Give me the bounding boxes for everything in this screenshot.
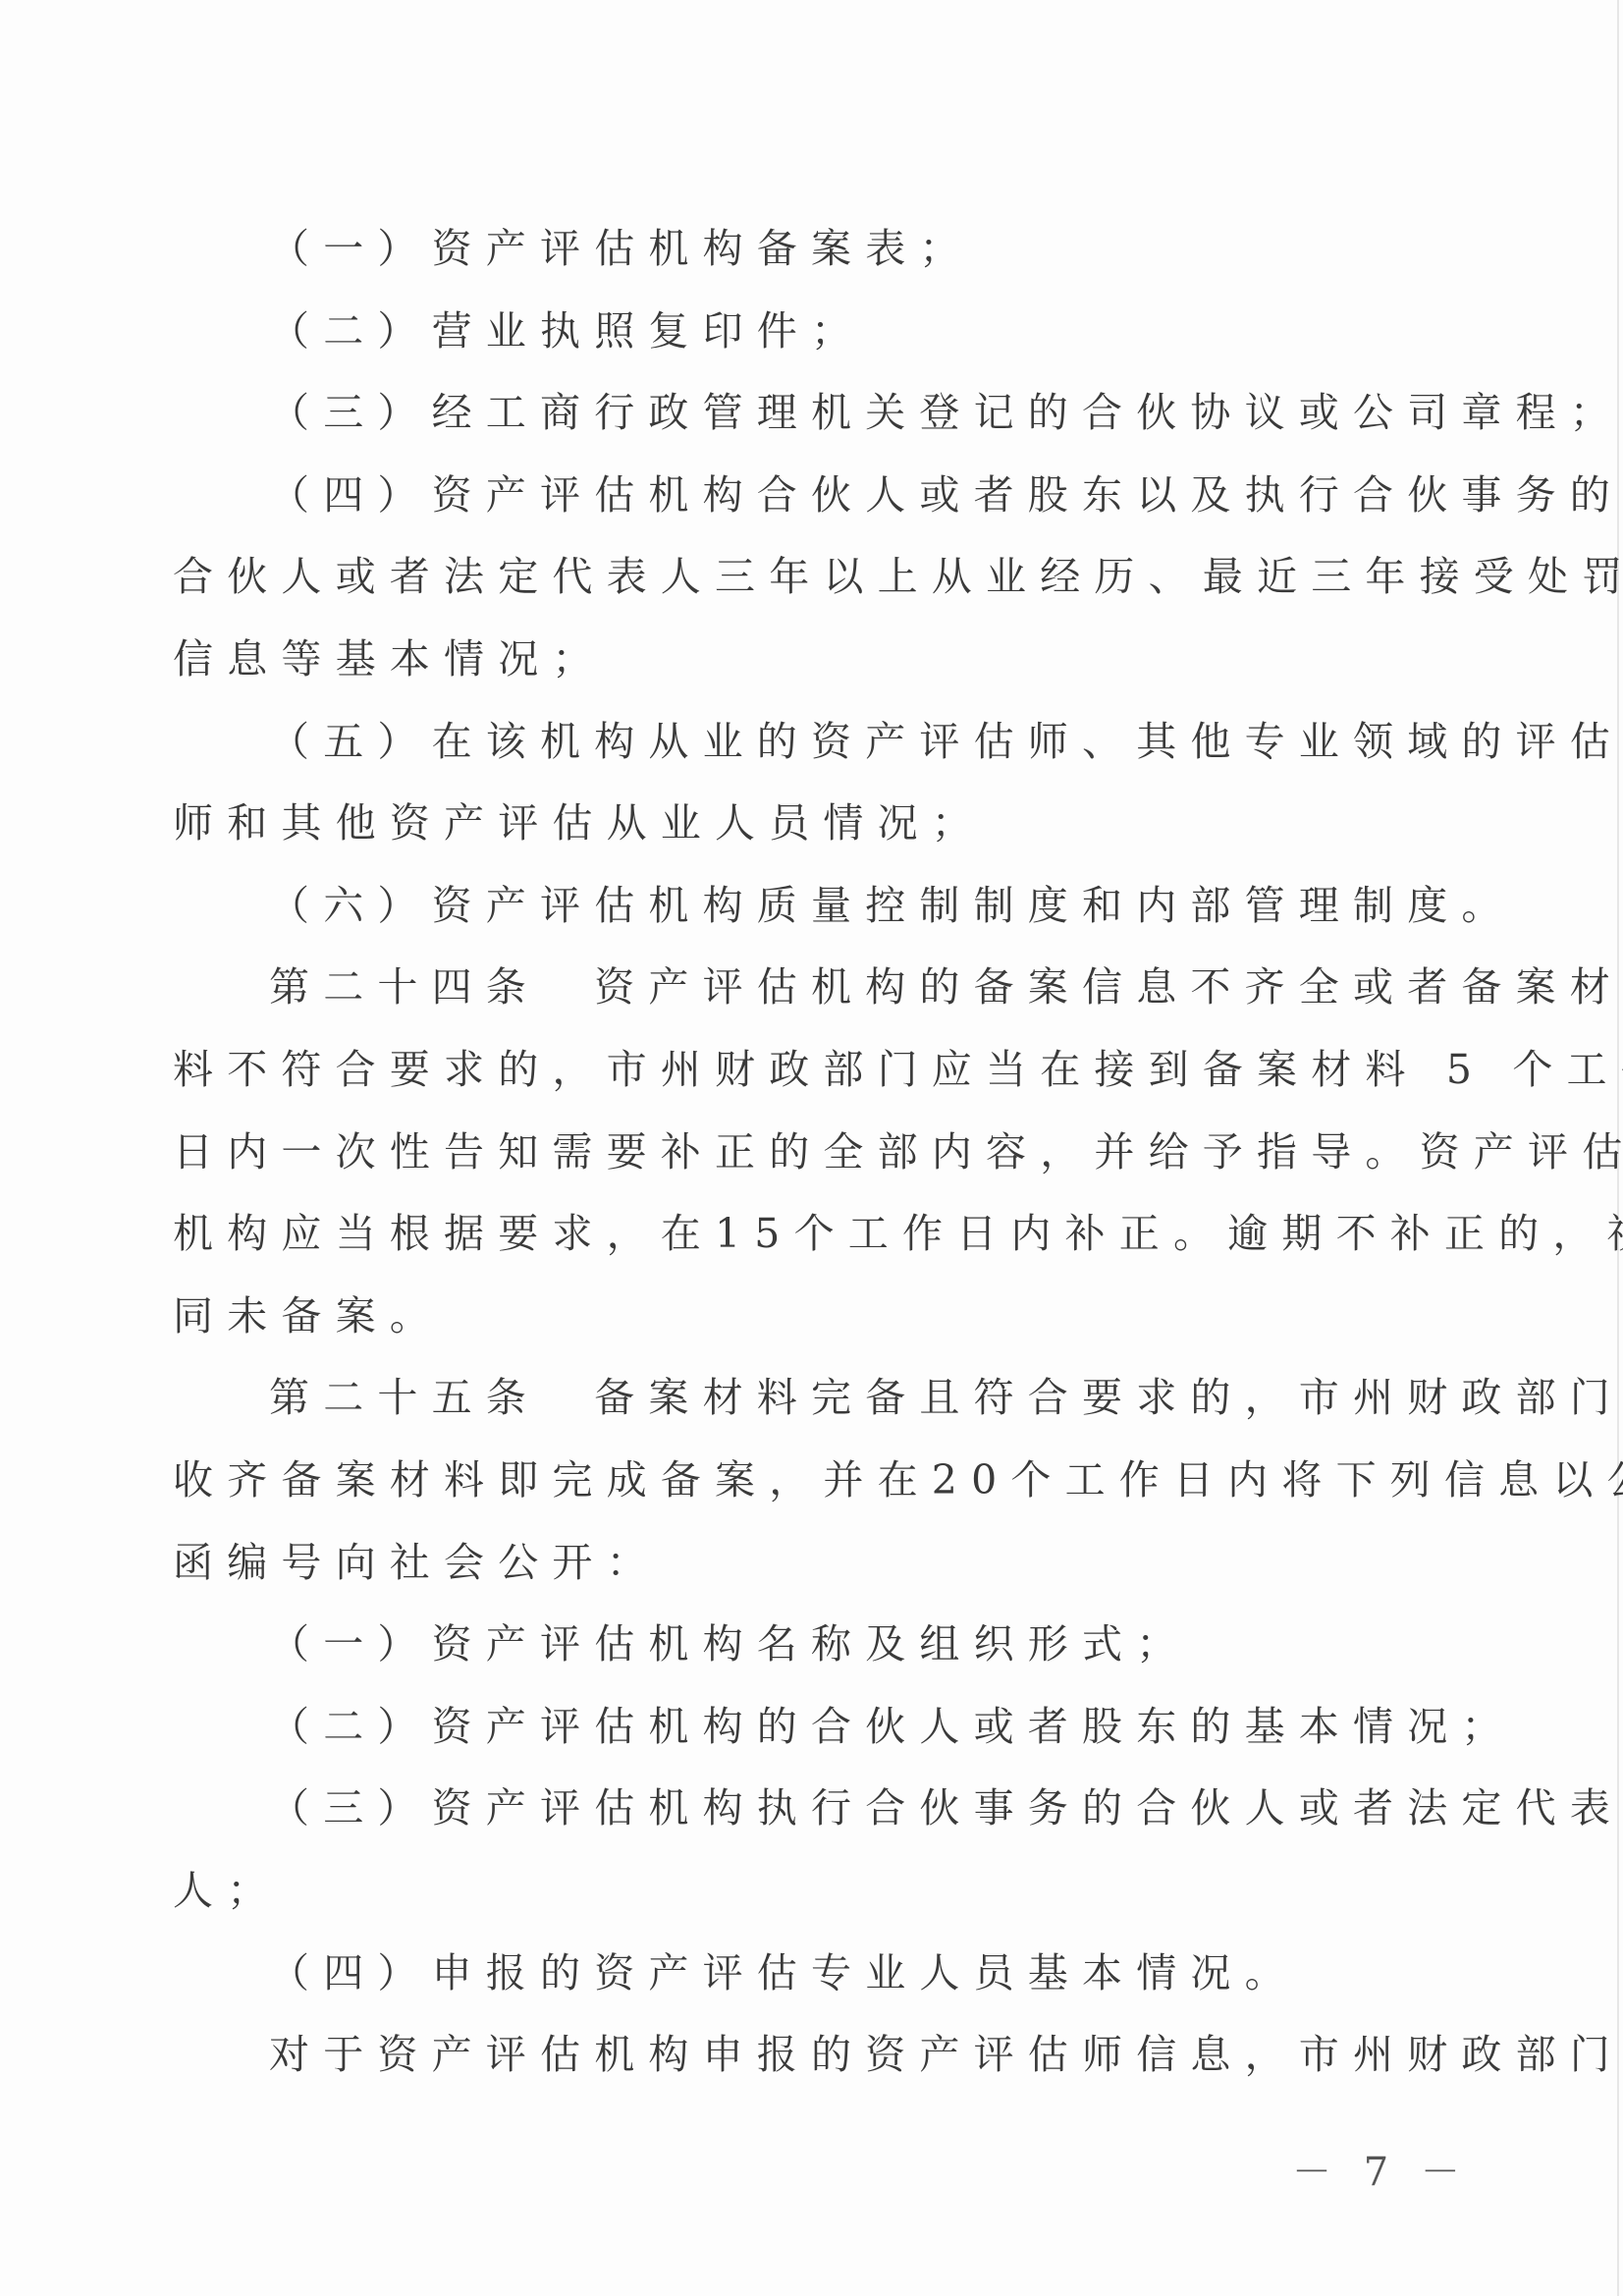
text-line: （四）资产评估机构合伙人或者股东以及执行合伙事务的 [269,454,1487,536]
text-line: （三）资产评估机构执行合伙事务的合伙人或者法定代表 [269,1767,1487,1849]
article-25-heading-line: 第二十五条 备案材料完备且符合要求的，市州财政部门 [269,1356,1487,1439]
text-line: （三）经工商行政管理机关登记的合伙协议或公司章程； [269,371,1487,454]
text-line: （二）营业执照复印件； [269,290,1487,372]
text-line: 函编号向社会公开： [173,1521,1390,1604]
text-line: 日内一次性告知需要补正的全部内容，并给予指导。资产评估 [173,1111,1390,1193]
text-line: 料不符合要求的，市州财政部门应当在接到备案材料 5 个工作 [173,1028,1390,1111]
text-line: 人； [173,1849,1390,1932]
text-line: 信息等基本情况； [173,618,1390,700]
text-line: （二）资产评估机构的合伙人或者股东的基本情况； [269,1685,1487,1768]
text-line: （一）资产评估机构名称及组织形式； [269,1603,1487,1685]
document-page: （一）资产评估机构备案表； （二）营业执照复印件； （三）经工商行政管理机关登记… [0,0,1623,2296]
text-line: 机构应当根据要求，在15个工作日内补正。逾期不补正的，视 [173,1192,1390,1275]
text-line: 师和其他资产评估从业人员情况； [173,782,1390,864]
text-line: 同未备案。 [173,1275,1390,1357]
text-line: 对于资产评估机构申报的资产评估师信息，市州财政部门 [269,2013,1487,2096]
article-24-heading-line: 第二十四条 资产评估机构的备案信息不齐全或者备案材 [269,946,1487,1028]
text-line: （四）申报的资产评估专业人员基本情况。 [269,1932,1487,2014]
text-line: 合伙人或者法定代表人三年以上从业经历、最近三年接受处罚 [173,535,1390,618]
page-number: － 7 － [1292,2141,1470,2197]
text-line: （六）资产评估机构质量控制制度和内部管理制度。 [269,864,1487,947]
text-line: （一）资产评估机构备案表； [269,207,1487,290]
text-line: 收齐备案材料即完成备案，并在20个工作日内将下列信息以公 [173,1439,1390,1521]
text-line: （五）在该机构从业的资产评估师、其他专业领域的评估 [269,700,1487,783]
